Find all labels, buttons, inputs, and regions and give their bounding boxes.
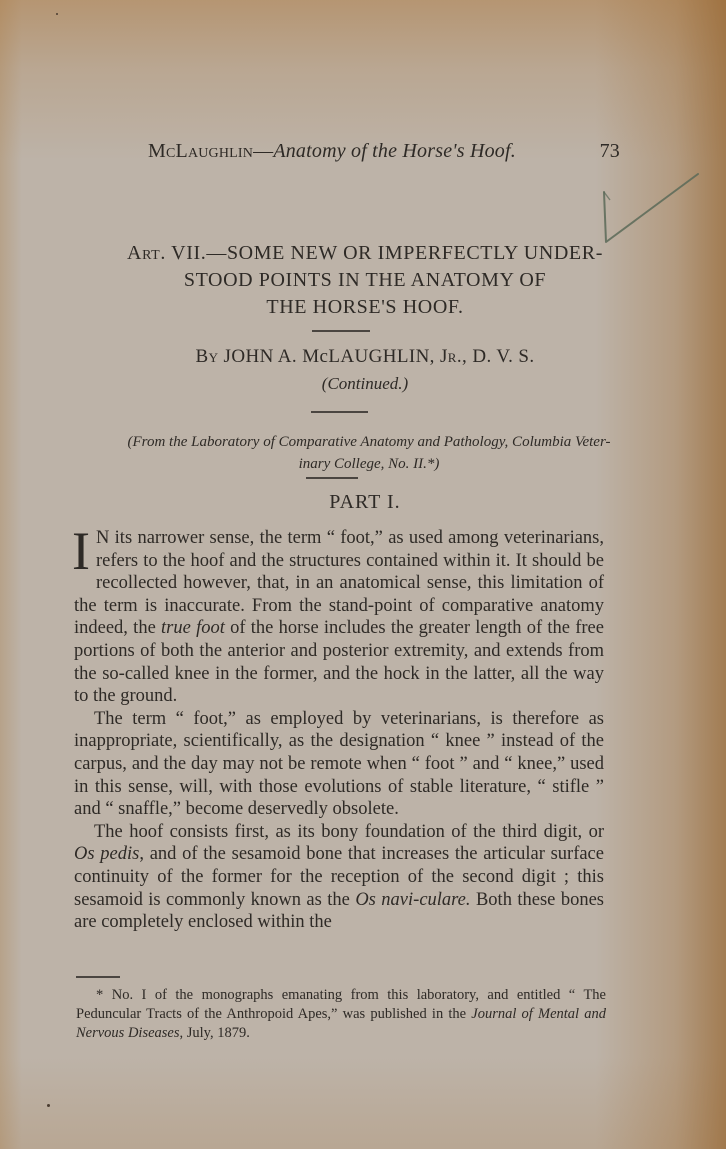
source-note-line-2: inary College, No. II.*) <box>108 453 630 475</box>
paper-speck <box>56 13 58 15</box>
article-title-line-3: THE HORSE'S HOOF. <box>100 294 630 321</box>
emphasis-os-naviculare: Os navi-culare. <box>355 890 470 910</box>
source-note-line-1: (From the Laboratory of Comparative Anat… <box>108 431 630 453</box>
article-title-line-2: STOOD POINTS IN THE ANATOMY OF <box>100 267 630 294</box>
running-head: McLaughlin—Anatomy of the Horse's Hoof. … <box>148 140 618 163</box>
body-text: IN its narrower sense, the term “ foot,”… <box>74 527 604 934</box>
footnote-rule <box>76 976 120 978</box>
footnote-date: , July, 1879. <box>180 1025 250 1041</box>
byline-author-name: JOHN A. McLAUGHLIN, <box>224 346 435 367</box>
emphasis-os-pedis: Os pedis <box>74 844 139 864</box>
byline-degree: D. V. S. <box>472 346 534 367</box>
article-title-line-1: —SOME NEW OR IMPERFECTLY UNDER- <box>206 242 603 264</box>
continued-note: (Continued.) <box>100 374 630 394</box>
byline-by: By <box>196 346 219 367</box>
divider-rule <box>312 330 370 332</box>
drop-cap: I <box>72 529 90 573</box>
paragraph-1: IN its narrower sense, the term “ foot,”… <box>74 527 604 708</box>
emphasis-true-foot: true foot <box>161 618 225 638</box>
paragraph-3: The hoof consists first, as its bony fou… <box>74 821 604 934</box>
running-head-author: McLaughlin <box>148 140 253 162</box>
article-number: Art. VII. <box>127 242 206 264</box>
byline: By JOHN A. McLAUGHLIN, Jr., D. V. S. <box>100 346 630 368</box>
footnote: * No. I of the monographs emanating from… <box>76 986 606 1043</box>
part-heading: PART I. <box>100 491 630 514</box>
divider-rule <box>311 411 368 413</box>
paragraph-3-text: The hoof consists first, as its bony fou… <box>94 822 604 842</box>
divider-rule <box>306 477 358 479</box>
byline-suffix: Jr., <box>440 346 467 367</box>
paragraph-2: The term “ foot,” as employed by veterin… <box>74 708 604 821</box>
running-head-title: Anatomy of the Horse's Hoof. <box>273 140 516 162</box>
running-head-separator: — <box>253 140 273 162</box>
book-page: McLaughlin—Anatomy of the Horse's Hoof. … <box>0 0 726 1149</box>
paper-speck <box>47 1104 50 1107</box>
article-title: Art. VII.—SOME NEW OR IMPERFECTLY UNDER-… <box>100 240 630 321</box>
source-note: (From the Laboratory of Comparative Anat… <box>108 431 630 475</box>
page-number: 73 <box>600 140 620 163</box>
